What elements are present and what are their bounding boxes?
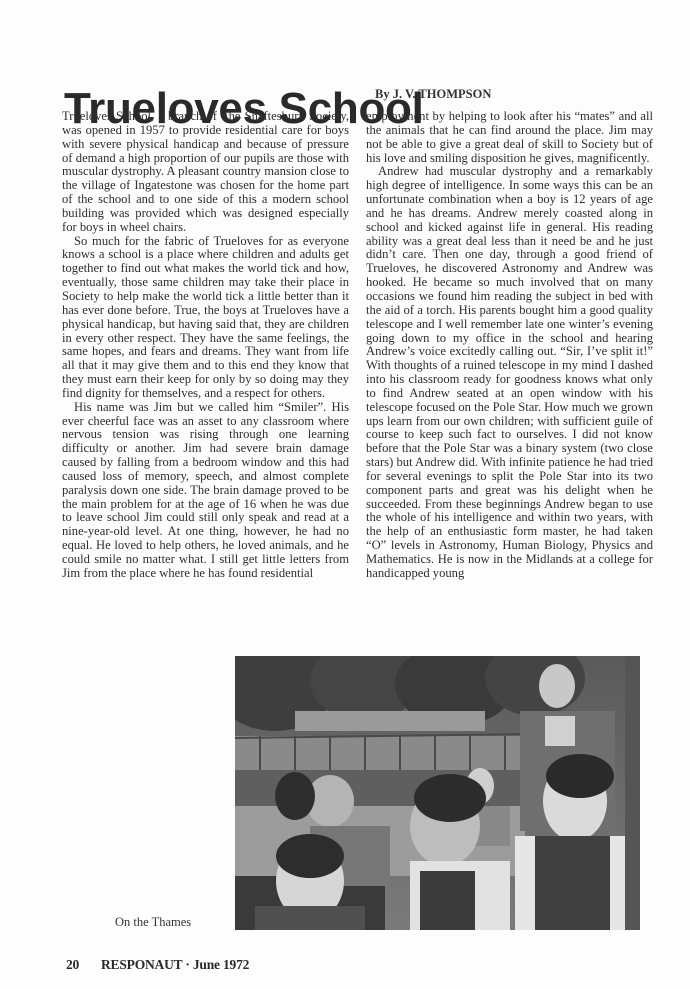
right-text-column: employment by helping to look after his … — [366, 110, 653, 581]
page-footer: 20RESPONAUT · June 1972 — [66, 957, 249, 973]
page-number: 20 — [66, 957, 101, 973]
paragraph: His name was Jim but we called him “Smil… — [62, 401, 349, 581]
publication-info: RESPONAUT · June 1972 — [101, 957, 249, 972]
thames-photo — [235, 656, 640, 930]
paragraph: Andrew had muscular dystrophy and a rema… — [366, 165, 653, 580]
article-byline: By J. V. THOMPSON — [375, 87, 491, 102]
photo-caption: On the Thames — [115, 915, 191, 930]
magazine-page: Trueloves School By J. V. THOMPSON Truel… — [0, 0, 690, 989]
photo-illustration — [235, 656, 640, 930]
left-text-column: Trueloves School, a branch of The Shafte… — [62, 110, 349, 581]
paragraph: employment by helping to look after his … — [366, 110, 653, 165]
paragraph: Trueloves School, a branch of The Shafte… — [62, 110, 349, 235]
paragraph: So much for the fabric of Trueloves for … — [62, 235, 349, 401]
